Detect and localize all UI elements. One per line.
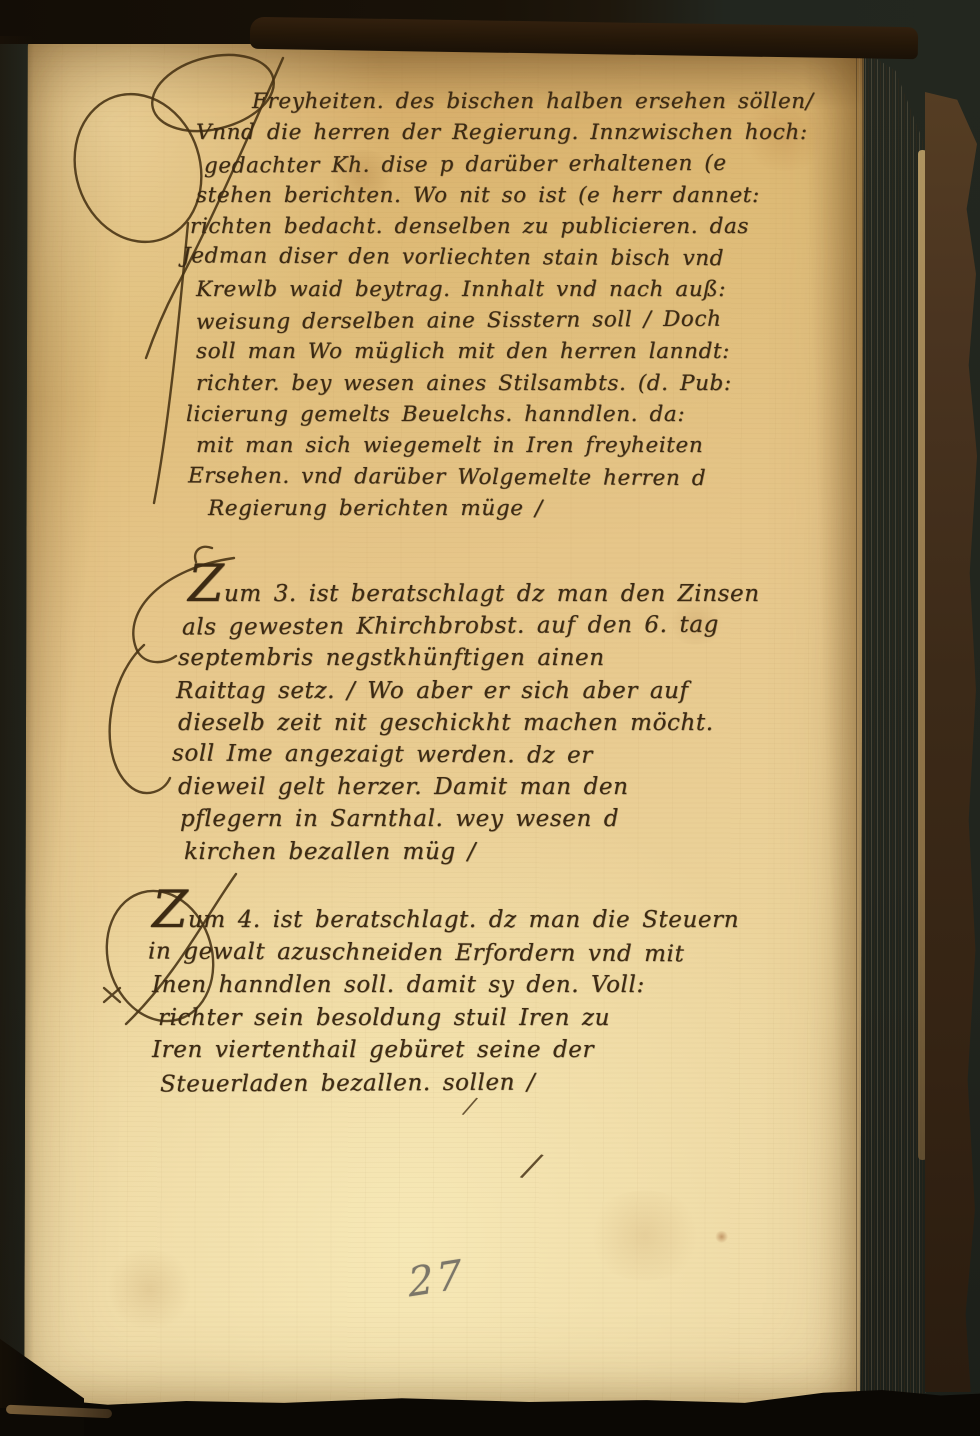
manuscript-line: Regierung berichten müge / [208,493,814,524]
manuscript-line: Steuerladen bezallen. sollen / [160,1065,739,1101]
gutter-shadow [0,36,34,1408]
paragraph-2: Zum 3. ist beratschlagt dz man den Zinse… [178,566,760,868]
manuscript-line: Inen hanndlen soll. damit sy den. Voll: [152,969,739,1002]
manuscript-line: Jedman diser den vorliechten stain bisch… [182,241,814,276]
pencil-page-number: 27 [407,1252,466,1307]
manuscript-line: Zum 3. ist beratschlagt dz man den Zinse… [188,566,760,610]
manuscript-line: pflegern in Sarnthal. wey wesen d [180,803,760,835]
manuscript-line: richten bedacht. denselben zu publiciere… [190,211,814,242]
manuscript-line: Ersehen. vnd darüber Wolgemelte herren d [188,460,814,495]
manuscript-line: gedachter Kh. dise p darüber erhaltenen … [204,147,814,181]
manuscript-line: richter sein besoldung stuil Iren zu [158,1002,739,1035]
manuscript-line: weisung derselben aine Sisstern soll / D… [196,303,814,338]
manuscript-line: dieweil gelt herzer. Damit man den [178,771,760,803]
manuscript-line: Iren viertenthail gebüret seine der [152,1034,739,1067]
manuscript-line: als gewesten Khirchbrobst. auf den 6. ta… [182,609,760,644]
manuscript-line: dieselb zeit nit geschickht machen möcht… [178,707,760,739]
manuscript-line: soll Ime angezaigt werden. dz er [172,737,760,772]
manuscript-line: licierung gemelts Beuelchs. hanndlen. da… [186,399,814,430]
paper-stain [585,1190,705,1280]
book-cover-edge [925,92,977,1392]
manuscript-line: mit man sich wiegemelt in Iren freyheite… [196,430,814,461]
manuscript-line: septembris negstkhünftigen ainen [178,642,760,674]
manuscript-photo: Freyheiten. des bischen halben ersehen s… [0,0,980,1436]
manuscript-line: soll man Wo müglich mit den herren lannd… [196,336,814,367]
manuscript-line: Raittag setz. / Wo aber er sich aber auf [176,675,760,707]
manuscript-line: in gewalt azuschneiden Erfordern vnd mit [148,935,739,971]
manuscript-line: kirchen bezallen müg / [184,836,760,868]
manuscript-line: Krewlb waid beytrag. Innhalt vnd nach au… [196,274,814,305]
manuscript-line: Freyheiten. des bischen halben ersehen s… [252,86,814,117]
manuscript-line: Zum 4. ist beratschlagt. dz man die Steu… [152,892,739,937]
paper-stain [715,1231,729,1243]
manuscript-line: stehen berichten. Wo nit so ist (e herr … [196,180,814,211]
paper-stain [104,1249,194,1329]
paragraph-1: Freyheiten. des bischen halben ersehen s… [196,86,814,524]
manuscript-line: richter. bey wesen aines Stilsambts. (d.… [196,368,814,399]
paragraph-3: Zum 4. ist beratschlagt. dz man die Steu… [152,892,739,1100]
manuscript-line: Vnnd die herren der Regierung. Innzwisch… [196,117,814,148]
